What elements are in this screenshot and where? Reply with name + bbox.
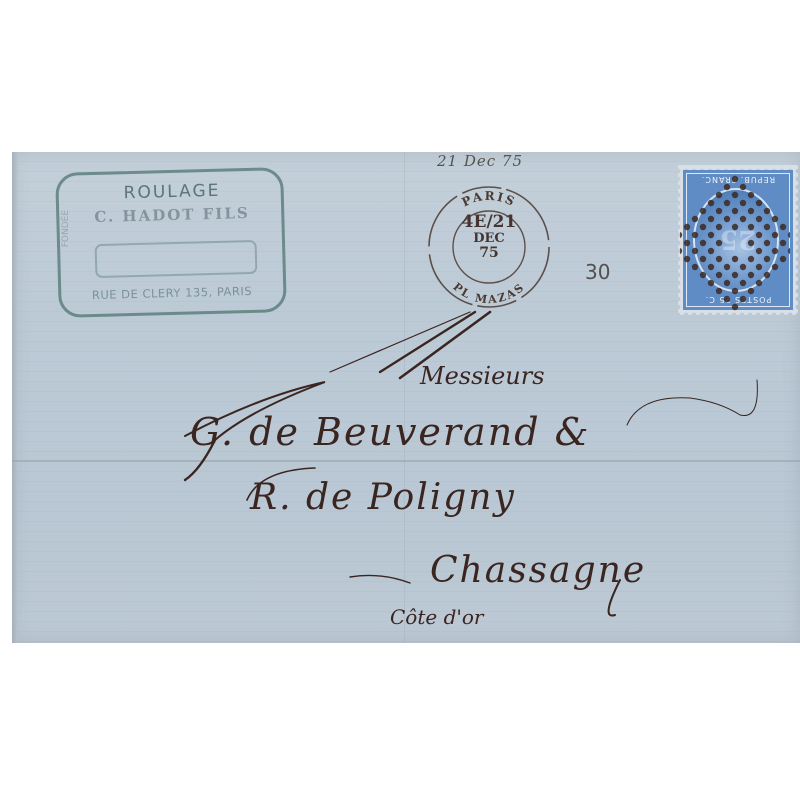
address-salutation: Messieurs [420, 362, 545, 390]
address-recipient: G. de Beuverand & [190, 410, 590, 454]
address-street: R. de Poligny [250, 477, 516, 518]
handwriting-flourishes-icon [0, 0, 800, 800]
address-department: Côte d'or [390, 605, 483, 629]
address-city: Chassagne [430, 550, 646, 591]
